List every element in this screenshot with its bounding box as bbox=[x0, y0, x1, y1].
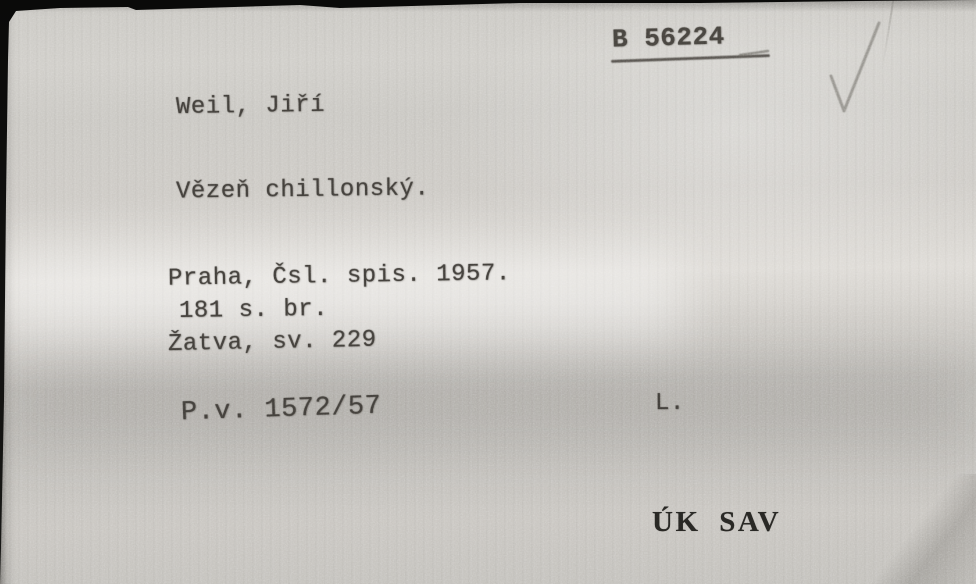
pencil-checkmark-icon bbox=[0, 0, 976, 584]
title-line: Vězeň chillonský. bbox=[176, 176, 430, 205]
collation-line: 181 s. br. bbox=[179, 297, 328, 325]
call-number-underline bbox=[611, 54, 770, 63]
accession-number: P.v. 1572/57 bbox=[181, 393, 382, 429]
author-line: Weil, Jiří bbox=[176, 93, 325, 122]
film-grain-overlay bbox=[0, 0, 976, 584]
call-number: B 56224 bbox=[612, 22, 725, 54]
letter-mark: L. bbox=[655, 391, 685, 418]
catalog-card: B 56224 Weil, Jiří Vězeň chillonský. Pra… bbox=[0, 0, 976, 584]
paper-crease bbox=[882, 0, 895, 65]
series-line: Žatva, sv. 229 bbox=[168, 328, 377, 359]
scan-background: B 56224 Weil, Jiří Vězeň chillonský. Pra… bbox=[0, 0, 976, 584]
imprint-line: Praha, Čsl. spis. 1957. bbox=[168, 261, 511, 293]
corner-crease-shadow bbox=[826, 474, 976, 584]
exposure-band-dark bbox=[0, 360, 976, 450]
library-stamp: ÚK SAV bbox=[652, 506, 781, 539]
